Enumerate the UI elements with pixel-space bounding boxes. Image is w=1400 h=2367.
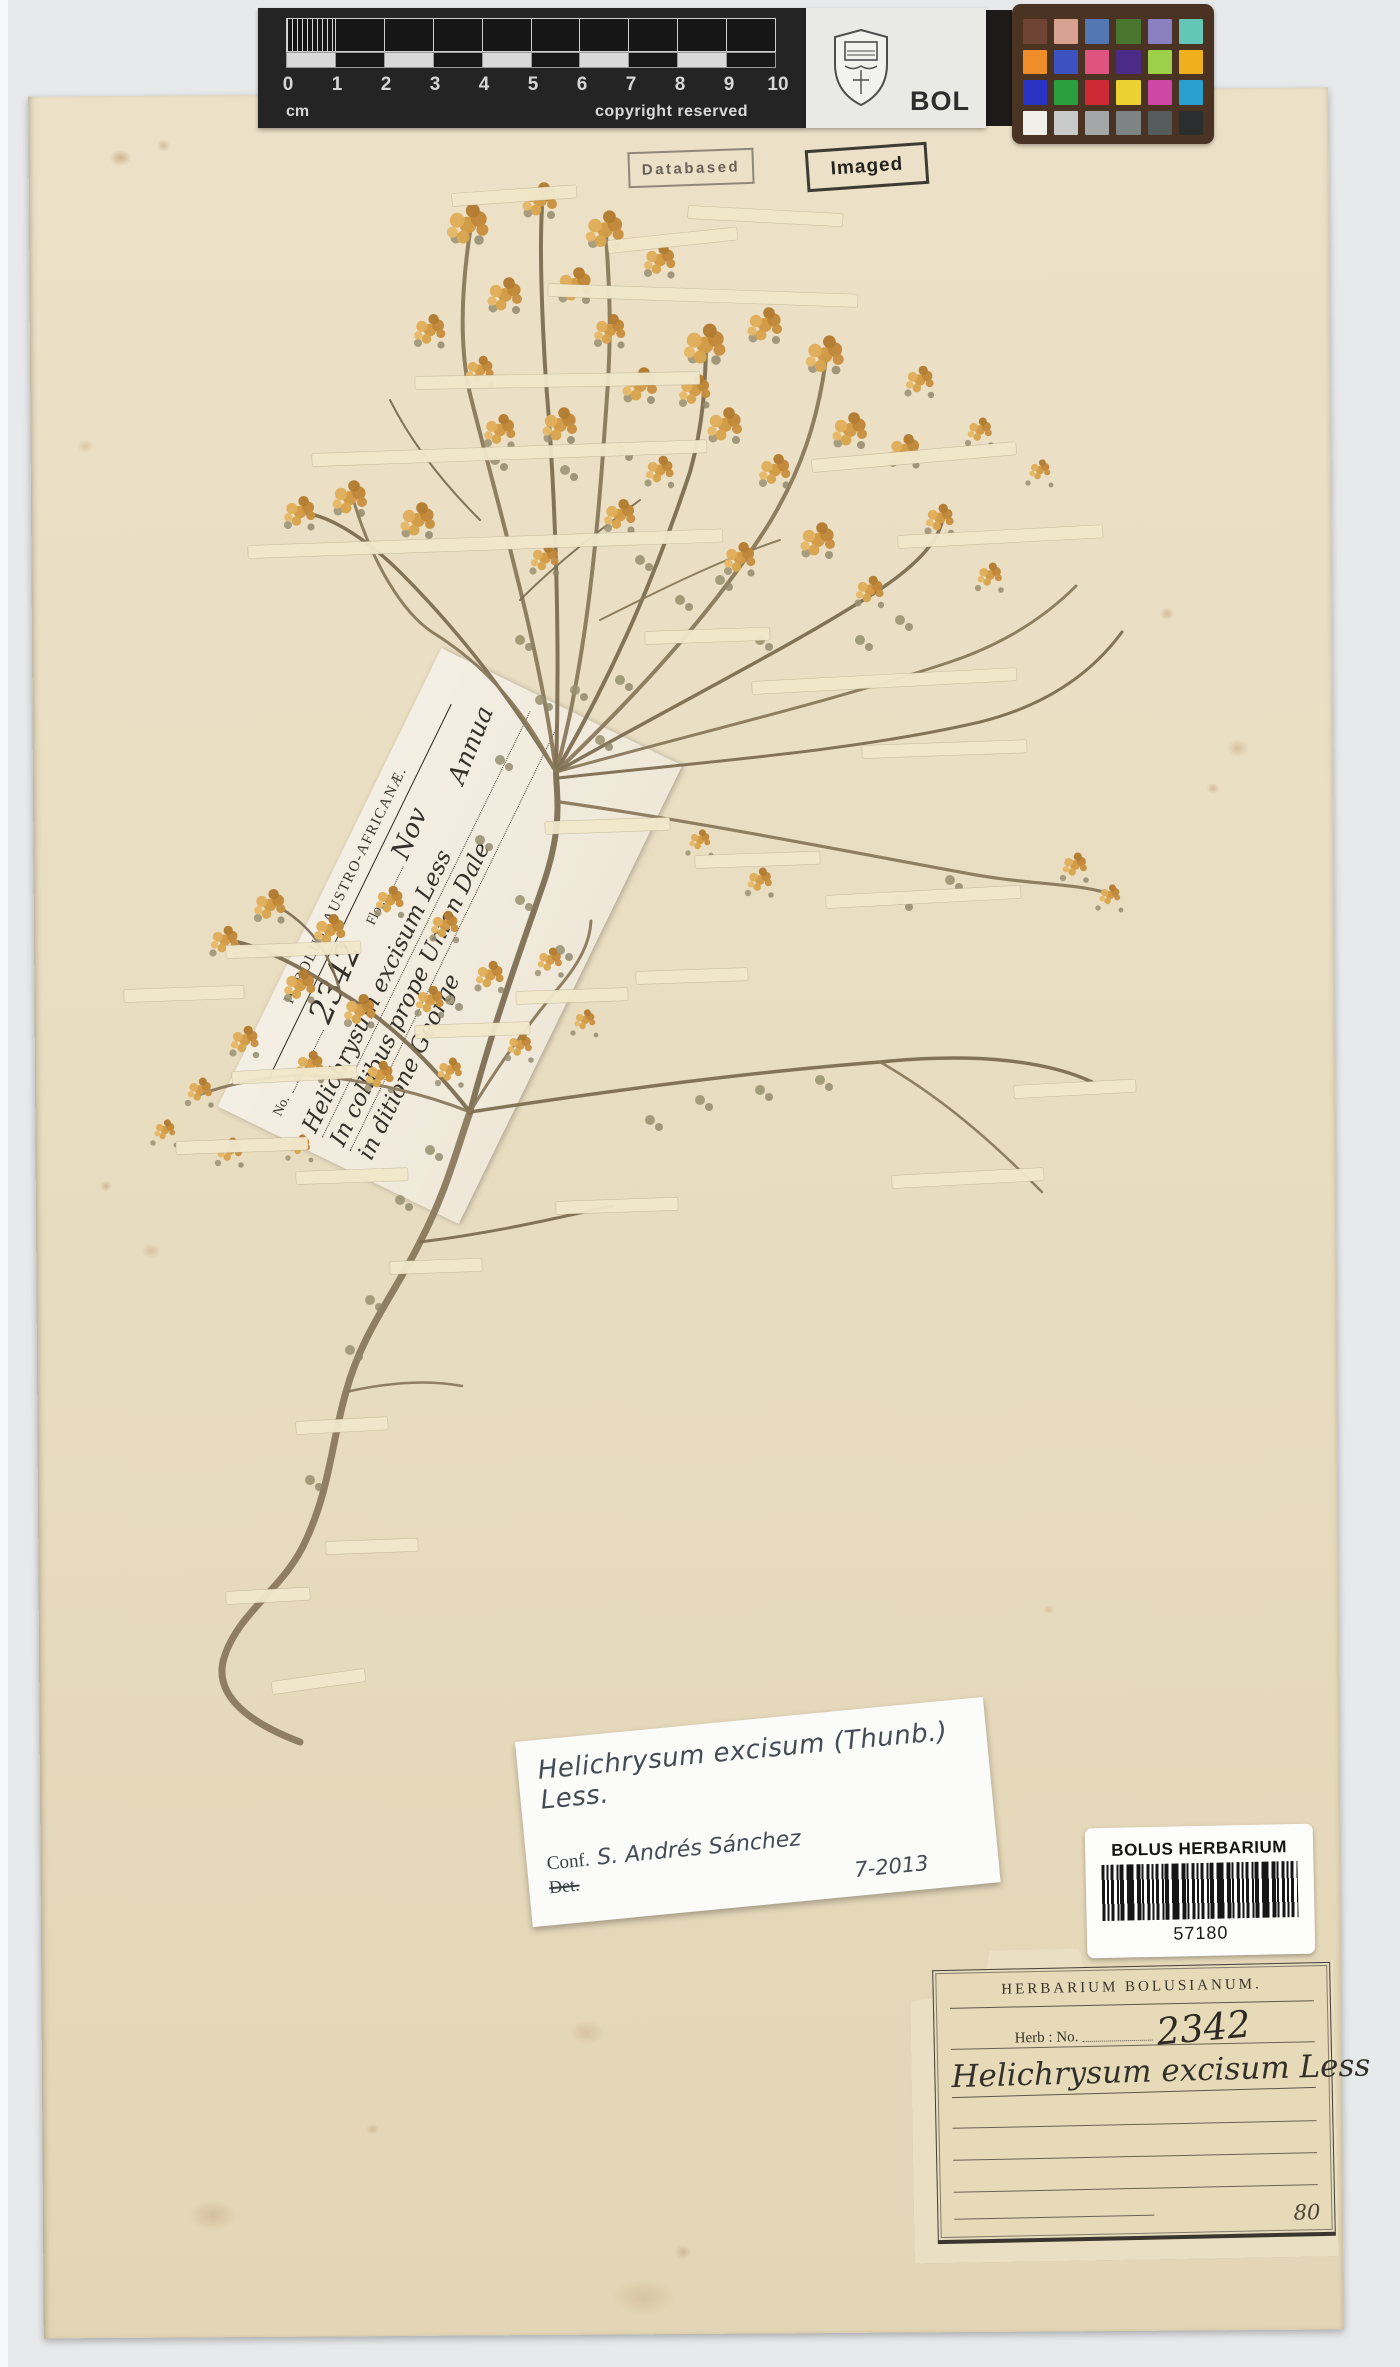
color-patch [1085, 19, 1109, 44]
checker-cell [628, 52, 677, 68]
ruled-line [952, 2120, 1316, 2129]
color-patch [1116, 80, 1140, 105]
herbarium-accession-label: HERBARIUM BOLUSIANUM. Herb : No. 2342 He… [932, 1962, 1336, 2244]
herb-species-name: Helichrysum excisum Less [951, 2041, 1316, 2098]
color-patch [1179, 50, 1203, 75]
det-strikethrough-label: Det. [548, 1875, 580, 1898]
panel-shadow [986, 10, 1012, 126]
checker-cell [335, 18, 384, 52]
color-patch [1085, 111, 1109, 136]
checker-cell [579, 18, 628, 52]
color-patch [1054, 50, 1078, 75]
barcode-number: 57180 [1173, 1922, 1228, 1944]
dotted-leader [1082, 2039, 1152, 2041]
color-patch [1179, 80, 1203, 105]
scale-number: 6 [569, 74, 595, 96]
scale-number: 9 [716, 74, 742, 96]
scale-number: 2 [373, 74, 399, 96]
color-patch [1085, 50, 1109, 75]
herbarium-label-header: HERBARIUM BOLUSIANUM. [949, 1975, 1313, 2009]
ruled-line [954, 2214, 1154, 2219]
checker-cell [384, 18, 433, 52]
herbarium-scan: { "scale_bar": { "numbers": ["0","1","2"… [0, 0, 1400, 2367]
ruled-line [954, 2184, 1318, 2193]
conf-label: Conf. [546, 1849, 591, 1874]
barcode-title: BOLUS HERBARIUM [1111, 1837, 1287, 1861]
no-label: No. [270, 1094, 293, 1120]
color-patch [1054, 19, 1078, 44]
checker-cell [531, 52, 580, 68]
color-patch [1148, 111, 1172, 136]
ruled-line [953, 2152, 1317, 2161]
color-patch [1023, 50, 1047, 75]
calibration-checker-row [286, 18, 776, 52]
color-patch [1085, 80, 1109, 105]
uct-crest-icon [832, 28, 890, 108]
imaged-stamp: Imaged [805, 142, 930, 192]
scale-number: 3 [422, 74, 448, 96]
checker-cell [482, 18, 531, 52]
barcode-label: BOLUS HERBARIUM 57180 [1085, 1824, 1316, 1959]
institution-panel: BOL [806, 8, 986, 128]
calibration-checker-row2 [286, 52, 776, 68]
copyright-text: copyright reserved [595, 103, 748, 121]
scale-number: 7 [618, 74, 644, 96]
checker-cell [335, 52, 384, 68]
color-patch [1023, 111, 1047, 136]
scale-number: 1 [324, 74, 350, 96]
color-calibration-chart [1012, 4, 1214, 144]
herb-no-label: Herb : No. [1014, 2029, 1078, 2047]
dotted-leader [387, 866, 403, 897]
checker-cell [531, 18, 580, 52]
color-patch [1116, 111, 1140, 136]
unit-label: cm [286, 103, 309, 121]
scale-number: 10 [765, 74, 791, 96]
scale-number: 0 [275, 74, 301, 96]
checker-cell [677, 18, 726, 52]
scale-number: 4 [471, 74, 497, 96]
scale-number: 8 [667, 74, 693, 96]
checker-cell [286, 52, 335, 68]
sheet-number: 80 [1293, 2200, 1320, 2225]
color-patch [1023, 80, 1047, 105]
color-patch [1148, 80, 1172, 105]
color-patch [1023, 19, 1047, 44]
checker-cell [677, 52, 726, 68]
checker-cell [628, 18, 677, 52]
color-patch [1116, 19, 1140, 44]
checker-cell [433, 52, 482, 68]
color-patch [1148, 19, 1172, 44]
scale-bar: 012345678910 cm copyright reserved [258, 8, 806, 128]
checker-cell [726, 52, 776, 68]
checker-cell [726, 18, 776, 52]
color-patch [1054, 80, 1078, 105]
databased-stamp: Databased [627, 148, 754, 188]
color-patch [1148, 50, 1172, 75]
checker-cell [482, 52, 531, 68]
color-patch [1179, 111, 1203, 136]
checker-cell [579, 52, 628, 68]
color-patch [1054, 111, 1078, 136]
checker-cell [286, 18, 335, 52]
color-patch [1116, 50, 1140, 75]
scale-number: 5 [520, 74, 546, 96]
checker-cell [433, 18, 482, 52]
herb-no-value: 2342 [1155, 2009, 1251, 2047]
barcode-icon [1101, 1860, 1298, 1920]
color-patches [1023, 19, 1203, 135]
checker-cell [384, 52, 433, 68]
flor-label: Flor. [364, 898, 390, 928]
institution-code: BOL [910, 86, 970, 117]
color-patch [1179, 19, 1203, 44]
